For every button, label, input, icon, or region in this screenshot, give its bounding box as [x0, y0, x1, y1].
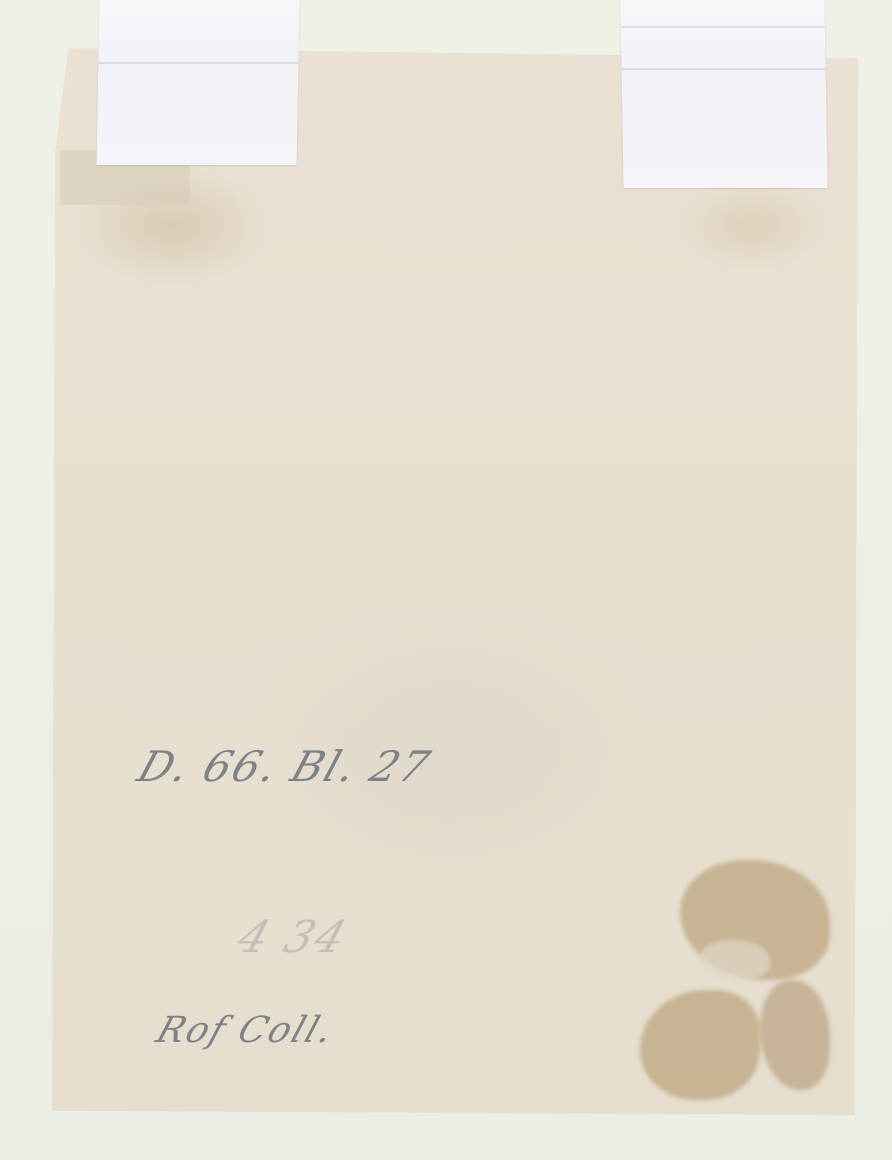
tape-hinge-left [97, 0, 300, 165]
tape-fold [98, 62, 298, 64]
tape-fold [622, 68, 826, 70]
tape-hinge-right [620, 0, 827, 188]
pencil-inscription-catalog: D. 66. Bl. 27 [132, 742, 437, 791]
pencil-inscription-faint-number: 4 34 [232, 912, 355, 963]
pencil-inscription-collection: Rof Coll. [151, 1010, 340, 1051]
tape-fold [621, 26, 825, 28]
